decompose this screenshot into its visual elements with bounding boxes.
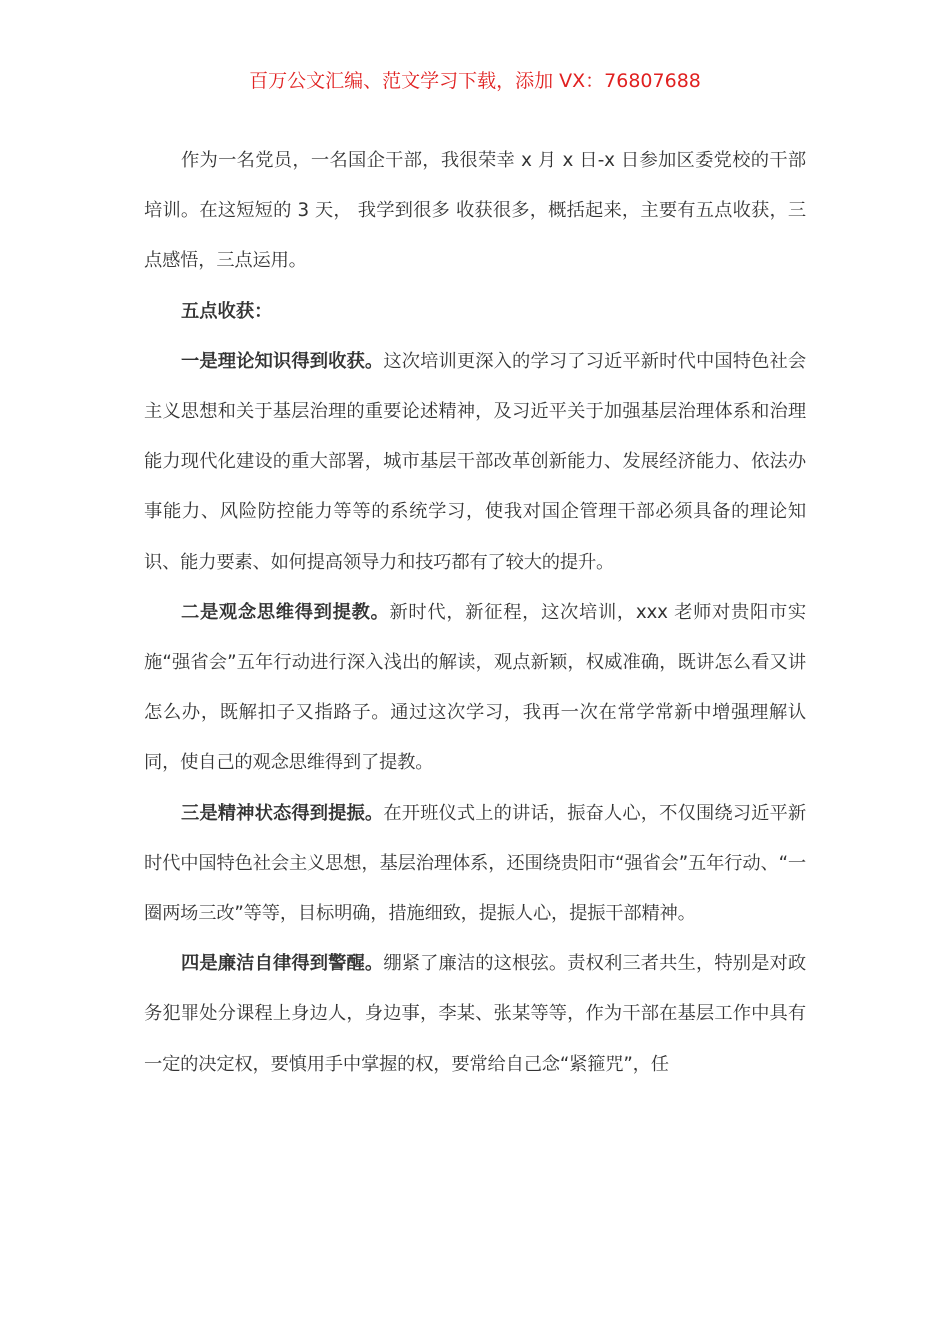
point-paragraph-1: 一是理论知识得到收获。这次培训更深入的学习了习近平新时代中国特色社会主义思想和关… bbox=[144, 337, 806, 588]
point-paragraph-3: 三是精神状态得到提振。在开班仪式上的讲话，振奋人心，不仅围绕习近平新时代中国特色… bbox=[144, 789, 806, 940]
document-body: 作为一名党员，一名国企干部，我很荣幸 x 月 x 日-x 日参加区委党校的干部培… bbox=[144, 136, 806, 1090]
point-lead: 四是廉洁自律得到警醒。 bbox=[181, 953, 383, 974]
watermark-banner: 百万公文汇编、范文学习下载，添加 VX：76807688 bbox=[0, 66, 950, 93]
point-paragraph-2: 二是观念思维得到提教。新时代，新征程，这次培训，xxx 老师对贵阳市实施“强省会… bbox=[144, 588, 806, 789]
point-paragraph-4: 四是廉洁自律得到警醒。绷紧了廉洁的这根弦。责权利三者共生，特别是对政务犯罪处分课… bbox=[144, 939, 806, 1090]
point-lead: 二是观念思维得到提教。 bbox=[181, 602, 389, 623]
intro-paragraph: 作为一名党员，一名国企干部，我很荣幸 x 月 x 日-x 日参加区委党校的干部培… bbox=[144, 136, 806, 287]
point-text: 新时代，新征程，这次培训，xxx 老师对贵阳市实施“强省会”五年行动进行深入浅出… bbox=[144, 602, 806, 774]
point-lead: 一是理论知识得到收获。 bbox=[181, 351, 383, 372]
point-lead: 三是精神状态得到提振。 bbox=[181, 803, 383, 824]
point-text: 这次培训更深入的学习了习近平新时代中国特色社会主义思想和关于基层治理的重要论述精… bbox=[144, 351, 806, 573]
section-heading: 五点收获： bbox=[144, 287, 806, 337]
